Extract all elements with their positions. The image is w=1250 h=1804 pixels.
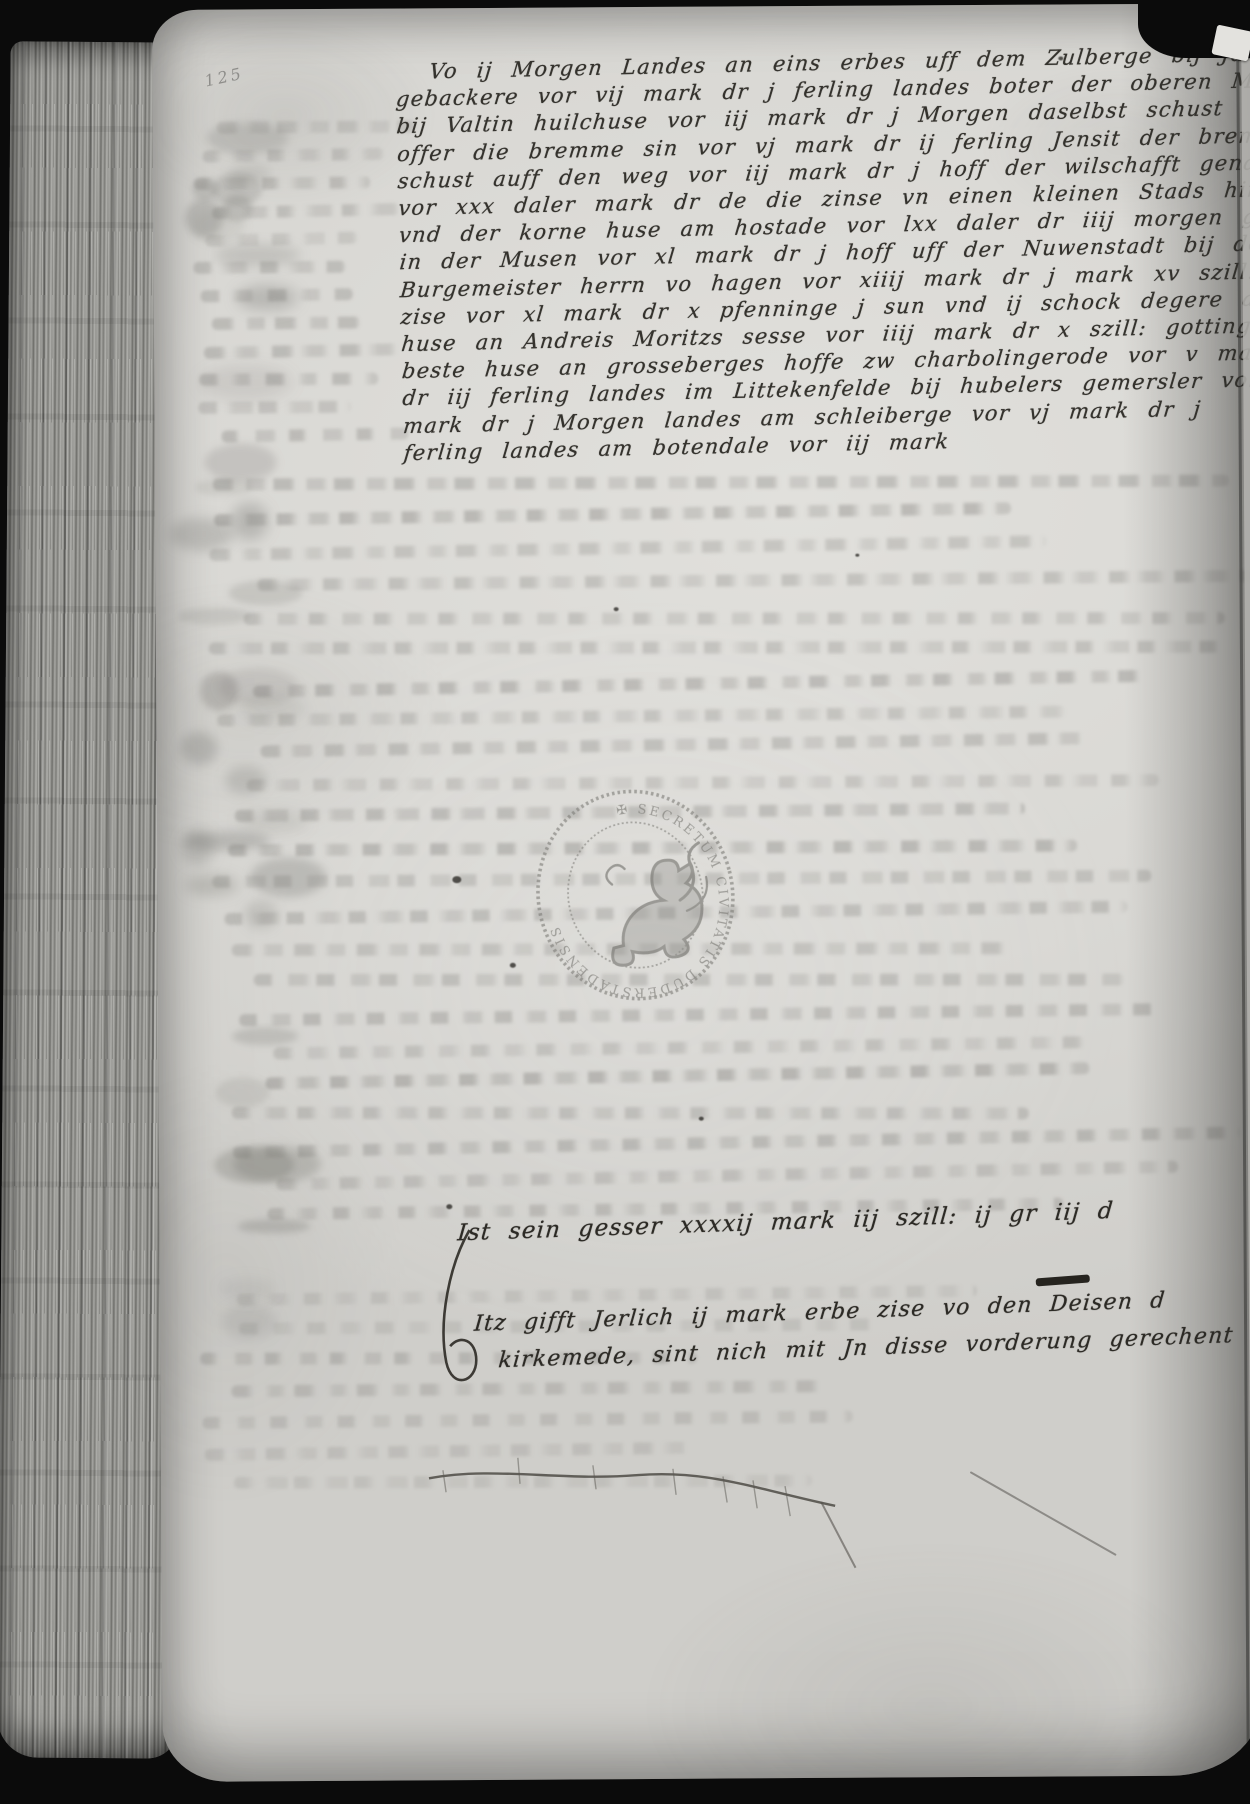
bleedthrough-blotch	[225, 766, 267, 794]
bleedthrough-blotch	[181, 732, 218, 764]
bleedthrough-blotch	[244, 900, 277, 930]
bleedthrough-blotch	[215, 1078, 270, 1108]
bleedthrough-blotch	[231, 503, 268, 541]
bleedthrough-line	[216, 120, 414, 133]
bleedthrough-blotch	[195, 479, 253, 496]
manuscript-photo: 125 Vo ij Morgen Landes an eins erbes uf…	[0, 0, 1250, 1804]
bleedthrough-line	[266, 1062, 1090, 1089]
sum-total-line: Ist sein gesser xxxxij mark iij szill: i…	[456, 1198, 1114, 1246]
bleedthrough-line	[261, 733, 1085, 758]
bleedthrough-blotch	[214, 1146, 295, 1184]
bleedthrough-line	[233, 1127, 1241, 1159]
bleedthrough-line	[213, 475, 1229, 491]
heavy-ink-dash	[1036, 1274, 1090, 1286]
wavy-rule-stroke	[423, 1454, 864, 1587]
seal-legend: ✠ SECRETUM CIVITATIS DUDERSTADENSIS	[522, 782, 752, 1020]
bleedthrough-line	[201, 288, 354, 302]
bleedthrough-blotch	[207, 123, 289, 155]
bleedthrough-blotch	[192, 177, 218, 200]
bleedthrough-blotch	[232, 1027, 298, 1045]
ink-speck	[855, 554, 859, 557]
bleedthrough-line	[204, 343, 404, 359]
bleedthrough-line	[253, 670, 1147, 698]
ink-speck	[614, 607, 619, 611]
bleedthrough-line	[203, 1410, 853, 1429]
ink-speck	[452, 876, 461, 883]
bleedthrough-line	[244, 612, 1225, 625]
faint-page-number: 125	[203, 64, 246, 91]
bleedthrough-blotch	[214, 244, 300, 267]
bleedthrough-line	[217, 706, 1065, 727]
gutter-shadow	[1120, 3, 1250, 1776]
bleedthrough-blotch	[178, 607, 250, 625]
bleedthrough-line	[277, 1160, 1179, 1190]
bleedthrough-blotch	[185, 875, 238, 896]
bleedthrough-line	[200, 373, 379, 386]
bleedthrough-blotch	[185, 199, 224, 238]
ink-speck	[446, 1204, 452, 1209]
ink-speck	[510, 963, 516, 968]
bleedthrough-blotch	[170, 518, 234, 551]
svg-text:✠ SECRETUM CIVITATIS DUDERSTAD: ✠ SECRETUM CIVITATIS DUDERSTADENSIS	[522, 782, 752, 1020]
bleedthrough-line	[194, 176, 370, 190]
bleedthrough-blotch	[229, 580, 303, 606]
bleedthrough-line	[209, 641, 1222, 655]
bleedthrough-blotch	[237, 1219, 310, 1234]
bleedthrough-blotch	[184, 831, 271, 850]
bleedthrough-line	[273, 1036, 1084, 1059]
bleedthrough-line	[239, 1003, 1160, 1026]
ink-speck	[699, 1117, 704, 1121]
bleedthrough-line	[221, 427, 408, 442]
bleedthrough-blotch	[200, 364, 293, 400]
bleedthrough-blotch	[220, 1278, 275, 1301]
bleedthrough-blotch	[222, 194, 252, 221]
bleedthrough-line	[214, 502, 1011, 526]
bleedthrough-line	[212, 203, 400, 219]
bleedthrough-blotch	[218, 669, 298, 706]
bleedthrough-line	[209, 535, 1046, 561]
manuscript-page: 125 Vo ij Morgen Landes an eins erbes uf…	[152, 3, 1250, 1782]
bleedthrough-blotch	[229, 165, 271, 183]
bleedthrough-blotch	[250, 857, 327, 897]
bleedthrough-blotch	[221, 1304, 278, 1340]
bleedthrough-blotch	[193, 208, 244, 243]
bleedthrough-line	[194, 261, 346, 274]
bleedthrough-blotch	[233, 1146, 321, 1182]
bleedthrough-blotch	[238, 810, 308, 833]
bleedthrough-line	[232, 1380, 831, 1397]
bleedthrough-line	[212, 316, 361, 329]
bleedthrough-line	[203, 148, 384, 163]
bleedthrough-blotch	[200, 672, 238, 710]
bleedthrough-blotch	[204, 443, 276, 481]
bleedthrough-line	[199, 401, 352, 414]
bleedthrough-line	[206, 232, 359, 247]
diagonal-scratch	[970, 1471, 1117, 1556]
bleedthrough-blotch	[239, 693, 305, 723]
bleedthrough-line	[257, 570, 1250, 591]
bleedthrough-blotch	[211, 172, 263, 207]
bleedthrough-line	[232, 1107, 1029, 1120]
bleedthrough-blotch	[181, 828, 215, 865]
city-seal-stamp: ✠ SECRETUM CIVITATIS DUDERSTADENSIS	[505, 760, 766, 1030]
bleedthrough-blotch	[237, 286, 297, 311]
